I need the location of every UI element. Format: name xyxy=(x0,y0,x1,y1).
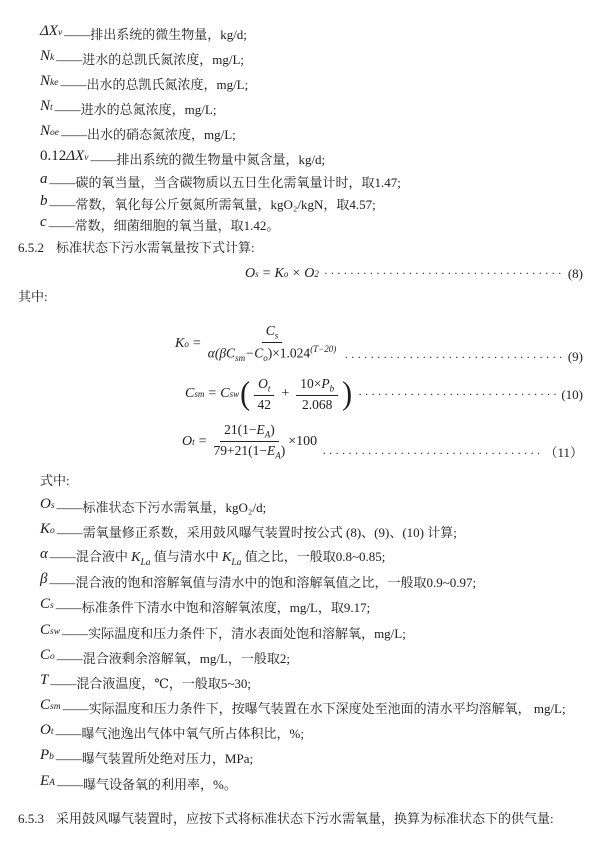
definition-text: ——需氧量修正系数，采用鼓风曝气装置时按公式 (8)、(9)、(10) 计算; xyxy=(57,522,457,541)
math-symbol: a xyxy=(40,171,48,188)
definition-row-nk: Nk ——进水的总凯氏氮浓度，mg/L; xyxy=(40,46,613,71)
formula-10: Csm=Csw(Ot42+10×Pb2.068) ···············… xyxy=(0,376,613,414)
definition-row-ot: Ot ——曝气池逸出气体中氧气所占体积比，%; xyxy=(40,720,613,745)
formula-8: Os=Ko×O2 ·······························… xyxy=(0,264,613,284)
symbol-subscript: A xyxy=(49,778,55,788)
formula-number: (10) xyxy=(561,387,583,403)
definition-row-co: Co ——混合液剩余溶解氧，mg/L，一般取2; xyxy=(40,645,613,670)
dotted-leader: ········································… xyxy=(322,445,539,464)
symbol-subscript: oe xyxy=(50,128,59,138)
math-symbol: Ot xyxy=(40,722,53,739)
definition-row-noe: Noe ——出水的硝态氮浓度，mg/L; xyxy=(40,121,613,146)
formula-10-equation: Csm=Csw(Ot42+10×Pb2.068) xyxy=(185,376,353,413)
definition-text: ——进水的总凯氏氮浓度，mg/L; xyxy=(56,49,244,68)
definition-text: ——曝气设备氧的利用率，%。 xyxy=(57,774,237,793)
formula-number: (8) xyxy=(568,266,583,282)
math-symbol: Pb xyxy=(40,747,54,764)
bottom-definition-list: Os ——标准状态下污水需氧量，kgO₂/d; Ko ——需氧量修正系数，采用鼓… xyxy=(0,494,613,796)
symbol-subscript: ke xyxy=(50,78,58,88)
math-symbol: Csm xyxy=(40,697,61,714)
open-paren: ( xyxy=(240,378,250,411)
definition-text: ——混合液的饱和溶解氧值与清水中的饱和溶解氧值之比，一般取0.9~0.97; xyxy=(49,572,476,591)
definition-row-pb: Pb ——曝气装置所处绝对压力，MPa; xyxy=(40,745,613,770)
section-title: 标准状态下污水需氧量按下式计算: xyxy=(56,240,255,255)
dotted-leader: ········································… xyxy=(344,349,563,368)
definition-text: ——进水的总氮浓度，mg/L; xyxy=(55,99,217,118)
definition-text: ——实际温度和压力条件下，清水表面处饱和溶解氧，mg/L; xyxy=(62,623,406,642)
dotted-leader: ········································… xyxy=(324,266,563,281)
definition-row-t: T ——混合液温度，℃，一般取5~30; xyxy=(40,670,613,695)
definition-row-ea: EA ——曝气设备氧的利用率，%。 xyxy=(40,771,613,796)
definition-text: ——混合液剩余溶解氧，mg/L，一般取2; xyxy=(57,648,290,667)
definition-row-a: a ——碳的氧当量，当含碳物质以五日生化需氧量计时，取1.47; xyxy=(40,171,613,193)
top-definition-list: ΔXv ——排出系统的微生物量，kg/d; Nk ——进水的总凯氏氮浓度，mg/… xyxy=(0,0,613,236)
definition-row-alpha: α ——混合液中 KLa 值与清水中 KLa 值之比，一般取0.8~0.85; xyxy=(40,544,613,569)
math-symbol: Nk xyxy=(40,48,54,65)
definition-text: ——出水的硝态氮浓度，mg/L; xyxy=(61,124,236,143)
math-symbol: Os xyxy=(40,496,55,513)
definition-text: ——碳的氧当量，当含碳物质以五日生化需氧量计时，取1.47; xyxy=(50,172,401,191)
section-title: 采用鼓风曝气装置时，应按下式将标准状态下污水需氧量，换算为标准状态下的供气量: xyxy=(56,811,554,826)
definition-text: ——排出系统的微生物量中氮含量，kg/d; xyxy=(90,149,325,168)
math-symbol: T xyxy=(40,672,48,689)
math-symbol: Ko xyxy=(40,521,55,538)
definition-text: ——标准条件下清水中饱和溶解氧浓度，mg/L，取9.17; xyxy=(56,597,371,616)
definition-row-nke: Nke ——出水的总凯氏氮浓度，mg/L; xyxy=(40,71,613,96)
fraction: Ot42 xyxy=(254,376,274,413)
math-symbol: Csw xyxy=(40,622,60,639)
formula-number: (9) xyxy=(568,349,583,368)
math-symbol: ΔXv xyxy=(40,23,62,40)
definition-row-os: Os ——标准状态下污水需氧量，kgO₂/d; xyxy=(40,494,613,519)
close-paren: ) xyxy=(342,378,352,411)
formula-9: Ko=Csα(βCsm−Co)×1.024(T−20) ············… xyxy=(0,320,613,368)
math-symbol: Noe xyxy=(40,123,59,140)
definition-text: ——标准状态下污水需氧量，kgO₂/d; xyxy=(57,497,267,516)
symbol-subscript: sm xyxy=(50,702,61,712)
math-symbol: Cs xyxy=(40,596,54,613)
document-page: ΔXv ——排出系统的微生物量，kg/d; Nk ——进水的总凯氏氮浓度，mg/… xyxy=(0,0,613,852)
definition-text: ——排出系统的微生物量，kg/d; xyxy=(64,24,247,43)
math-symbol: Nt xyxy=(40,98,53,115)
definition-text: ——常数，氧化每公斤氨氮所需氧量，kgO₂/kgN，取4.57; xyxy=(50,194,376,213)
definition-text: ——混合液中 KLa 值与清水中 KLa 值之比，一般取0.8~0.85; xyxy=(50,546,385,568)
definition-row-b: b ——常数，氧化每公斤氨氮所需氧量，kgO₂/kgN，取4.57; xyxy=(40,193,613,215)
fraction: 10×Pb2.068 xyxy=(296,376,338,413)
math-symbol: α xyxy=(40,546,48,563)
fraction: Csα(βCsm−Co)×1.024(T−20) xyxy=(208,323,337,364)
kla-symbol: KLa xyxy=(131,550,150,565)
definition-row-nt: Nt ——进水的总氮浓度，mg/L; xyxy=(40,96,613,121)
definition-text: ——曝气装置所处绝对压力，MPa; xyxy=(56,748,253,767)
symbol-subscript: t xyxy=(50,103,53,113)
definition-row-delta-xv: ΔXv ——排出系统的微生物量，kg/d; xyxy=(40,21,613,46)
symbol-subscript: o xyxy=(50,526,55,536)
dotted-leader: ········································… xyxy=(358,387,556,402)
definition-row-012-delta-xv: 0.12ΔXv ——排出系统的微生物量中氮含量，kg/d; xyxy=(40,146,613,171)
among-which-label: 其中: xyxy=(0,287,613,307)
symbol-subscript: b xyxy=(49,752,54,762)
section-heading-6-5-2: 6.5.2标准状态下污水需氧量按下式计算: xyxy=(0,238,613,258)
definition-text: ——出水的总凯氏氮浓度，mg/L; xyxy=(60,74,248,93)
symbol-subscript: sw xyxy=(50,627,60,637)
formula-number: （11） xyxy=(544,445,583,464)
symbol-subscript: o xyxy=(50,652,55,662)
formula-9-equation: Ko=Csα(βCsm−Co)×1.024(T−20) xyxy=(175,323,339,364)
definition-row-ko: Ko ——需氧量修正系数，采用鼓风曝气装置时按公式 (8)、(9)、(10) 计… xyxy=(40,519,613,544)
math-symbol: b xyxy=(40,193,48,210)
formula-8-equation: Os=Ko×O2 xyxy=(245,266,319,282)
symbol-subscript: v xyxy=(84,153,88,163)
symbol-subscript: s xyxy=(51,501,55,511)
definition-text: ——混合液温度，℃，一般取5~30; xyxy=(50,673,251,692)
math-symbol: EA xyxy=(40,773,55,790)
symbol-subscript: k xyxy=(50,53,54,63)
definition-row-c: c ——常数，细菌细胞的氧当量，取1.42。 xyxy=(40,214,613,236)
definition-row-csm: Csm ——实际温度和压力条件下，按曝气装置在水下深度处至池面的清水平均溶解氧，… xyxy=(40,695,613,720)
symbol-subscript: v xyxy=(58,28,62,38)
definition-text: ——实际温度和压力条件下，按曝气装置在水下深度处至池面的清水平均溶解氧， mg/… xyxy=(63,698,566,717)
math-symbol: c xyxy=(40,214,47,231)
definition-text: ——常数，细菌细胞的氧当量，取1.42。 xyxy=(49,215,280,234)
fraction: 21(1−EA)79+21(1−EA) xyxy=(214,422,286,461)
kla-symbol: KLa xyxy=(222,550,241,565)
math-symbol: 0.12ΔXv xyxy=(40,148,88,165)
where-label: 式中: xyxy=(0,471,613,491)
definition-text: ——曝气池逸出气体中氧气所占体积比，%; xyxy=(55,723,303,742)
section-number: 6.5.2 xyxy=(18,240,44,255)
section-heading-6-5-3: 6.5.3采用鼓风曝气装置时，应按下式将标准状态下污水需氧量，换算为标准状态下的… xyxy=(0,809,613,829)
definition-row-beta: β ——混合液的饱和溶解氧值与清水中的饱和溶解氧值之比，一般取0.9~0.97; xyxy=(40,569,613,594)
symbol-subscript: s xyxy=(50,601,54,611)
section-number: 6.5.3 xyxy=(18,811,44,826)
definition-row-csw: Csw ——实际温度和压力条件下，清水表面处饱和溶解氧，mg/L; xyxy=(40,619,613,644)
formula-11: Ot=21(1−EA)79+21(1−EA)×100 ·············… xyxy=(0,420,613,464)
formula-11-equation: Ot=21(1−EA)79+21(1−EA)×100 xyxy=(182,422,317,461)
symbol-subscript: t xyxy=(51,727,54,737)
math-symbol: Nke xyxy=(40,73,58,90)
definition-row-cs: Cs ——标准条件下清水中饱和溶解氧浓度，mg/L，取9.17; xyxy=(40,594,613,619)
math-symbol: Co xyxy=(40,647,55,664)
math-symbol: β xyxy=(40,571,47,588)
